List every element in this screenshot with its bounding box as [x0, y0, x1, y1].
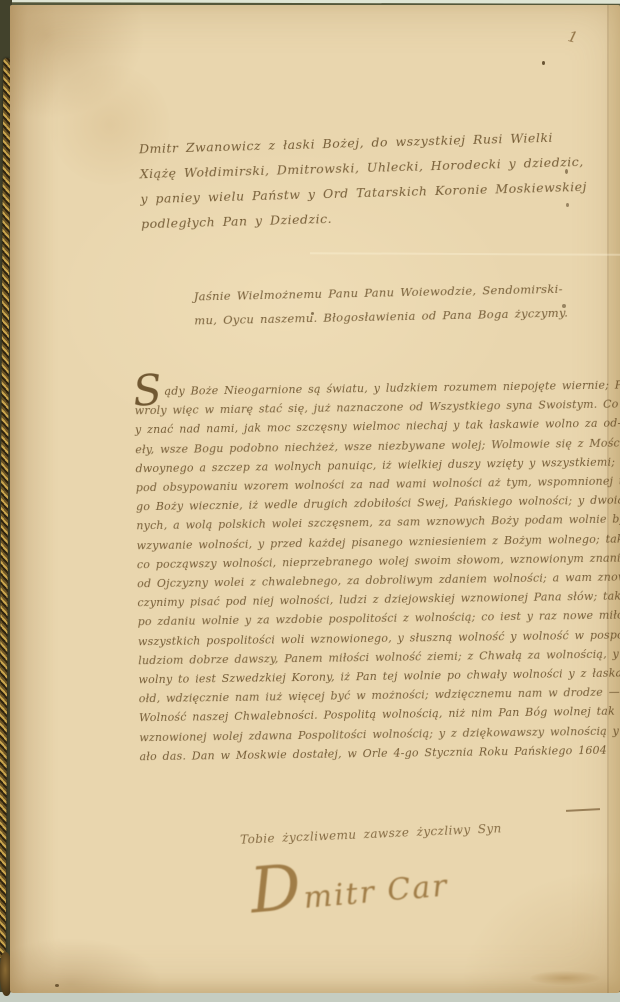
ink-speck [311, 312, 314, 315]
ink-speck [55, 984, 59, 987]
letter-title-block: Dmitr Zwanowicz z łaski Bożej, do wszyst… [139, 124, 592, 237]
horizontal-crease [310, 252, 620, 256]
ink-speck [565, 169, 568, 174]
letter-body: ądy Boże Nieogarnione są światu, y ludzk… [134, 376, 607, 767]
mat-bottom-strip [0, 992, 620, 1002]
letter-salutation-block: Jaśnie Wielmożnemu Panu Panu Woiewodzie,… [194, 278, 525, 333]
manuscript-photo: 1 Dmitr Zwanowicz z łaski Bożej, do wszy… [0, 0, 620, 1002]
ink-speck [562, 304, 566, 308]
ink-speck [566, 203, 569, 207]
ink-speck [542, 61, 545, 65]
paper-stain [530, 971, 600, 985]
